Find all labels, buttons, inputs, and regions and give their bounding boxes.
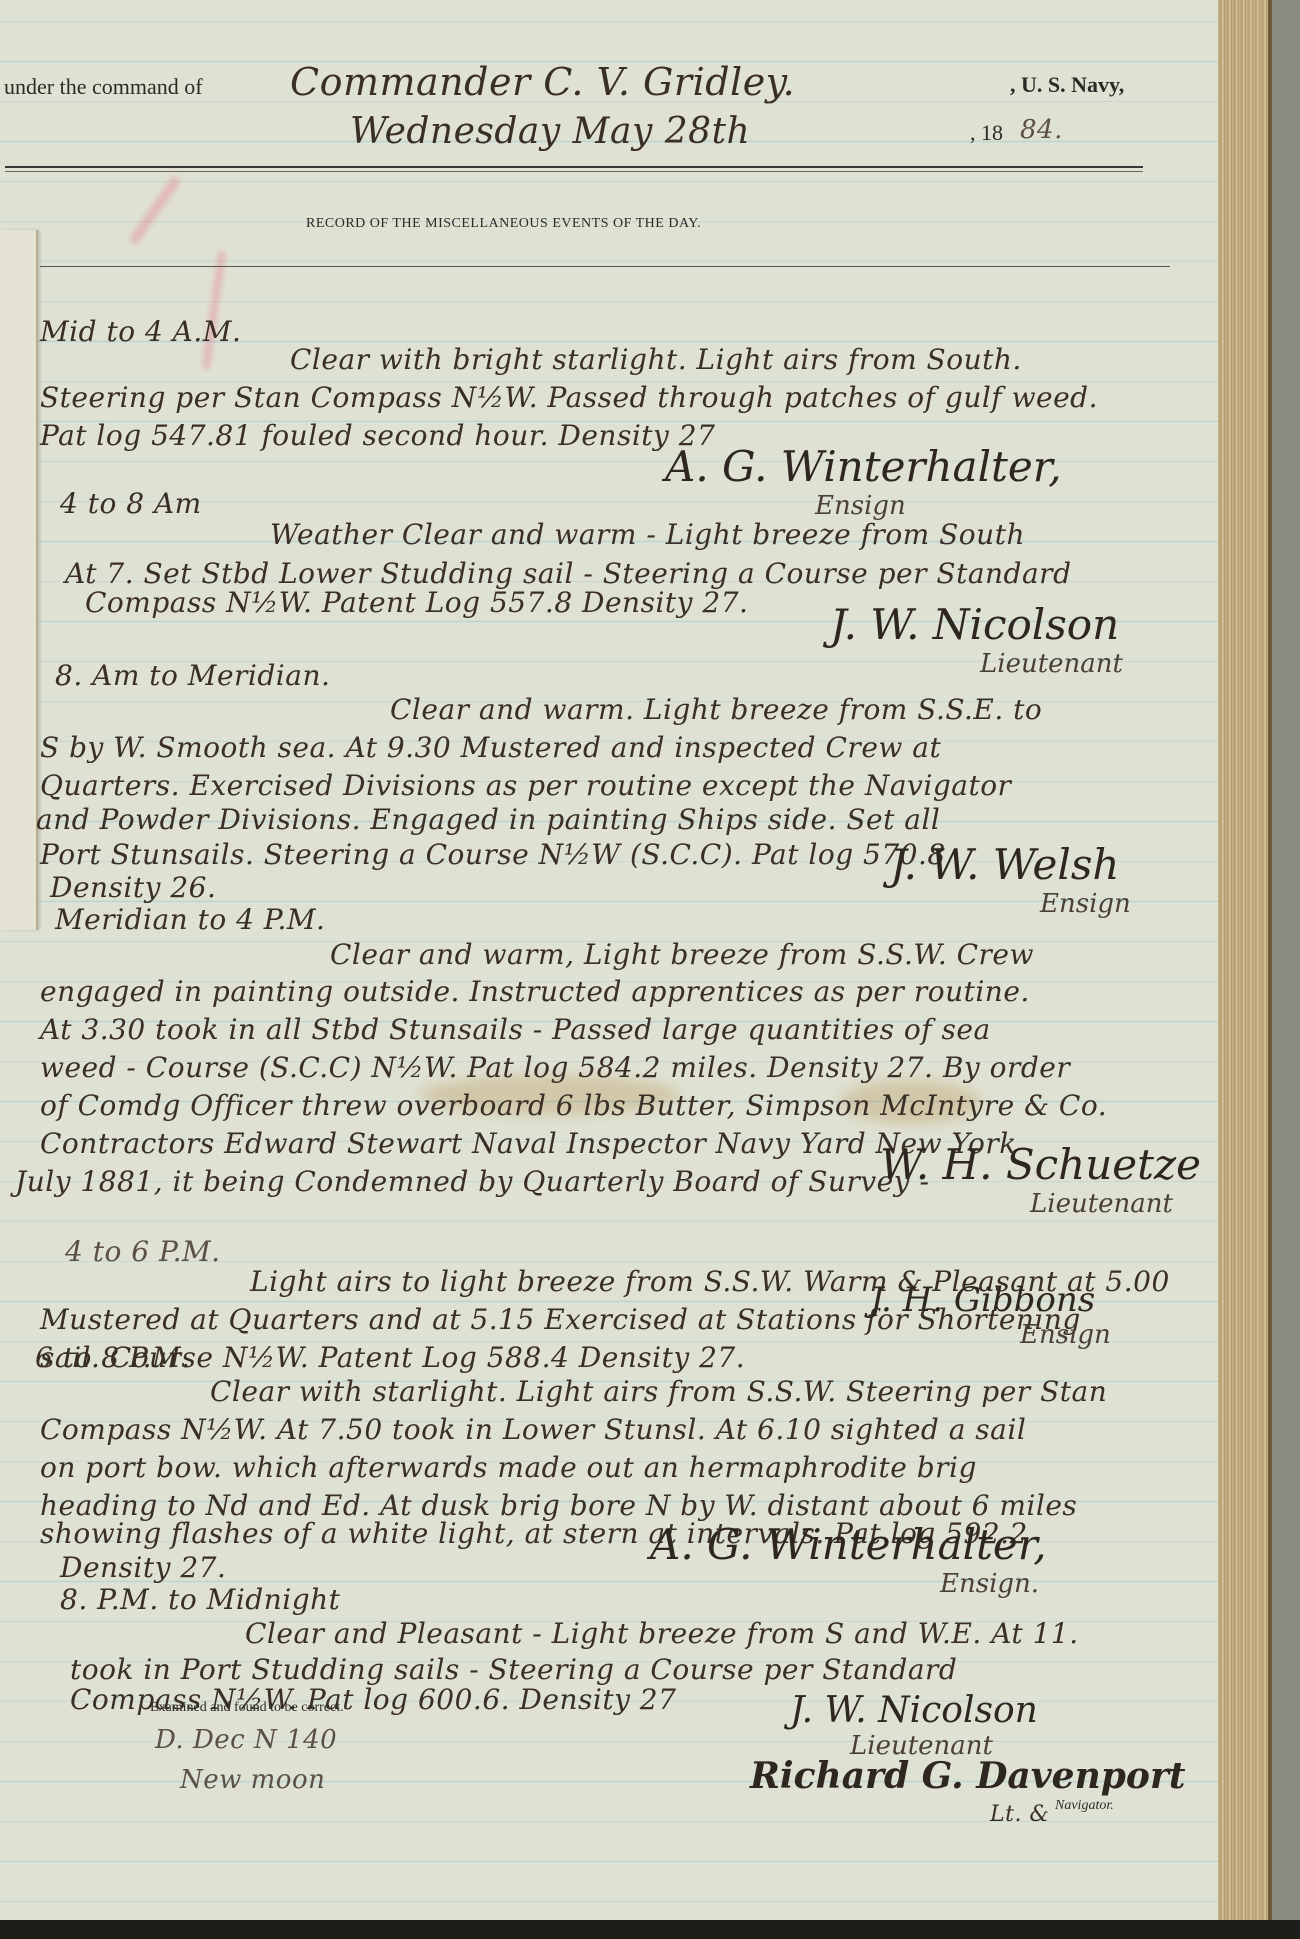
navigator-label: Navigator. [1055,1798,1114,1814]
entry-line: S by W. Smooth sea. At 9.30 Mustered and… [40,728,941,768]
year-suffix: 84. [1020,110,1063,150]
signature-rank: Lieutenant [1030,1189,1201,1219]
signature-rank: Ensign [1040,889,1131,919]
section-rule [40,266,1170,267]
commander-name: Commander C. V. Gridley. [290,62,795,102]
book-page-edges [1218,0,1272,1920]
backdrop [0,1920,1300,1939]
entry-line: Weather Clear and warm - Light breeze fr… [270,515,1025,555]
navy-suffix: , U. S. Navy, [1010,72,1124,98]
signature-name: J. W. Nicolson [790,1690,1038,1731]
entry-line: Compass N½W. Patent Log 557.8 Density 27… [85,583,748,623]
signature-rank: Ensign. [940,1569,1047,1599]
officer-signature: J. W. Welsh Ensign [890,840,1131,919]
entry-line: Steering per Stan Compass N½W. Passed th… [40,378,1098,418]
year-prefix: , 18 [970,120,1003,146]
signature-rank: Ensign [1020,1320,1111,1350]
entry-line: weed - Course (S.C.C) N½W. Pat log 584.2… [40,1048,1070,1088]
entry-line: on port bow. which afterwards made out a… [40,1448,977,1488]
entry-line: Clear and warm, Light breeze from S.S.W.… [330,935,1034,975]
entry-line: Clear and warm. Light breeze from S.S.E.… [390,690,1042,730]
officer-signature: A. G. Winterhalter, Ensign [665,442,1062,521]
footer-note-new-moon: New moon [180,1760,325,1800]
entry-line: Pat log 547.81 fouled second hour. Densi… [40,416,715,456]
officer-signature: W. H. Schuetze Lieutenant [880,1140,1201,1219]
command-prefix: under the command of [4,74,203,100]
backdrop [1272,0,1300,1939]
entry-line: Compass N½W. At 7.50 took in Lower Stuns… [40,1410,1026,1450]
inserted-paper-slip [0,230,38,930]
footer-note-moon-dec: D. Dec N 140 [155,1720,337,1760]
entry-line: Clear with starlight. Light airs from S.… [210,1372,1107,1412]
header-rule-thin [5,171,1143,172]
entry-line: Clear with bright starlight. Light airs … [290,340,1022,380]
signature-name: J. W. Welsh [890,840,1131,889]
signature-name: W. H. Schuetze [880,1140,1201,1189]
watch-label: Meridian to 4 P.M. [55,900,325,940]
entry-line: Contractors Edward Stewart Naval Inspect… [40,1124,1017,1164]
entry-line: and Powder Divisions. Engaged in paintin… [36,800,940,840]
signature-name: J. H. Gibbons [870,1280,1111,1320]
watch-label: 4 to 6 P.M. [65,1232,221,1272]
officer-signature: J. W. Nicolson Lieutenant [830,600,1123,679]
signature-name: A. G. Winterhalter, [665,442,1062,491]
log-page: under the command of Commander C. V. Gri… [0,0,1218,1920]
signature-name: A. G. Winterhalter, [650,1520,1047,1569]
entry-line: July 1881, it being Condemned by Quarter… [15,1162,929,1202]
navigator-rank-handwritten: Lt. & [990,1795,1050,1835]
officer-signature: J. H. Gibbons Ensign [870,1280,1111,1350]
pink-mark [128,174,182,245]
entry-line: At 3.30 took in all Stbd Stunsails - Pas… [40,1010,991,1050]
watch-label: 8. Am to Meridian. [55,656,330,696]
entry-line: of Comdg Officer threw overboard 6 lbs B… [40,1086,1107,1126]
signature-name: J. W. Nicolson [830,600,1123,649]
header-rule [5,166,1143,168]
officer-signature: J. W. Nicolson Lieutenant [790,1690,1038,1761]
entry-line: engaged in painting outside. Instructed … [40,972,1030,1012]
section-title: RECORD OF THE MISCELLANEOUS EVENTS OF TH… [306,216,701,232]
navigator-signature: Richard G. Davenport [750,1755,1186,1797]
signature-rank: Lieutenant [980,649,1123,679]
watch-label: Mid to 4 A.M. [40,312,241,352]
watch-label: 6 to 8 P.M. [35,1338,191,1378]
officer-signature: A. G. Winterhalter, Ensign. [650,1520,1047,1599]
log-date: Wednesday May 28th [350,112,750,152]
entry-line: Clear and Pleasant - Light breeze from S… [245,1614,1079,1654]
watch-label: 4 to 8 Am [60,484,202,524]
examined-label: Examined and found to be correct. [150,1700,344,1716]
navigator-name: Richard G. Davenport [750,1755,1186,1797]
